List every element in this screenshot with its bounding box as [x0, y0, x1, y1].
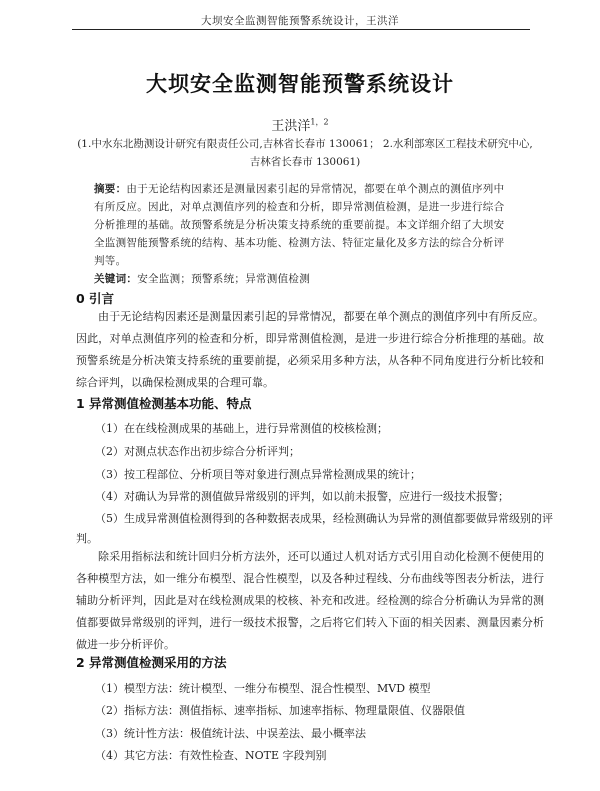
section-1-item-2: （2）对测点状态作出初步综合分析评判；	[95, 443, 545, 459]
section-1-item-3: （3）按工程部位、分析项目等对象进行测点异常检测成果的统计；	[95, 466, 545, 482]
affiliation-line-2: 吉林省长春市 130061)	[60, 153, 550, 171]
keywords-label: 关键词：	[94, 273, 137, 285]
section-2-item-3: （3）统计性方法：极值统计法、中误差法、最小概率法	[95, 725, 545, 741]
header-rule	[72, 29, 530, 31]
section-0-paragraph: 由于无论结构因素还是测量因素引起的异常情况，都要在单个测点的测值序列中有所反应。…	[76, 306, 544, 394]
section-2-item-4: （4）其它方法：有效性检查、NOTE 字段判别	[95, 747, 545, 763]
abstract: 摘要：由于无论结构因素还是测量因素引起的异常情况，都要在单个测点的测值序列中有所…	[94, 180, 514, 288]
section-0-heading: 0 引言	[76, 289, 114, 307]
keywords-text: 安全监测；预警系统；异常测值检测	[137, 273, 310, 285]
author-superscript: 1，2	[310, 118, 328, 127]
section-2-heading: 2 异常测值检测采用的方法	[76, 653, 227, 671]
affiliation-line-1: (1.中水东北勘测设计研究有限责任公司,吉林省长春市 130061； 2.水利部…	[60, 135, 550, 153]
section-1-paragraph: 除采用指标法和统计回归分析方法外，还可以通过人机对话方式引用自动化检测不便使用的…	[76, 546, 544, 656]
section-2-item-1: （1）模型方法：统计模型、一维分布模型、混合性模型、MVD 模型	[95, 680, 545, 696]
section-1-item-1: （1）在在线检测成果的基础上，进行异常测值的校核检测；	[95, 420, 545, 436]
paper-title: 大坝安全监测智能预警系统设计	[0, 68, 600, 98]
section-1-item-5-continuation: 判。	[76, 530, 98, 546]
running-header: 大坝安全监测智能预警系统设计，王洪洋	[0, 13, 600, 28]
section-1-item-4: （4）对确认为异常的测值做异常级别的评判，如以前未报警，应进行一级技术报警；	[95, 488, 545, 504]
section-1-heading: 1 异常测值检测基本功能、特点	[76, 394, 252, 412]
section-2-item-2: （2）指标方法：测值指标、速率指标、加速率指标、物理量限值、仪器限值	[95, 702, 545, 718]
abstract-label: 摘要：	[94, 183, 126, 195]
author: 王洪洋1，2	[0, 115, 600, 134]
section-1-item-5: （5）生成异常测值检测得到的各种数据表成果，经检测确认为异常的测值都要做异常级别…	[95, 510, 545, 526]
abstract-text: 由于无论结构因素还是测量因素引起的异常情况，都要在单个测点的测值序列中有所反应。…	[94, 183, 504, 267]
author-name: 王洪洋	[271, 119, 310, 134]
